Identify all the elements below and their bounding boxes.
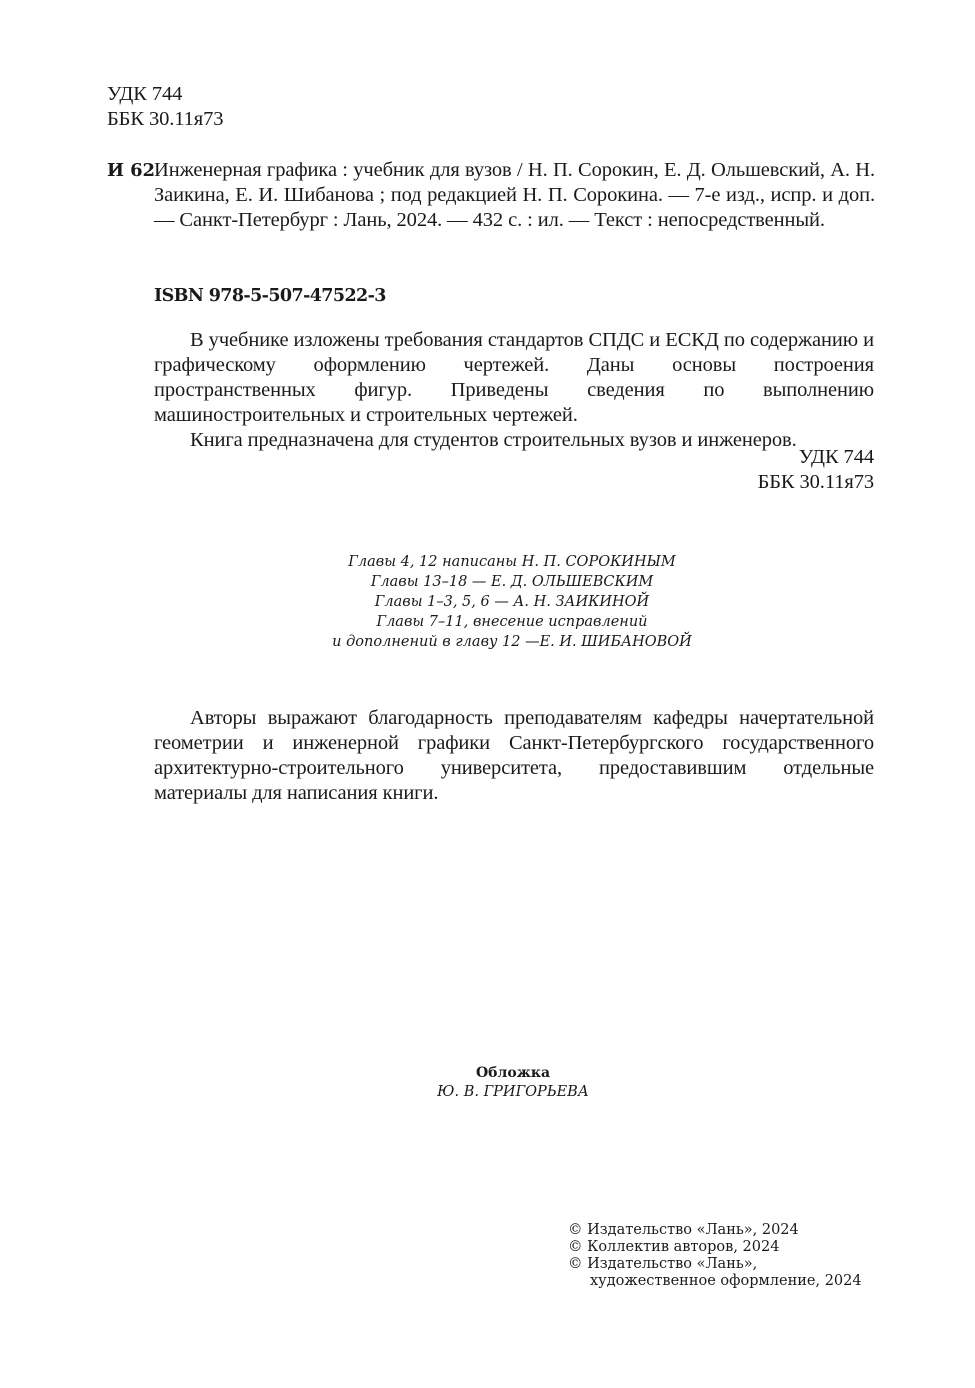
udk-code: УДК 744	[758, 445, 874, 470]
chapter-author-line: Главы 4, 12 написаны Н. П. СОРОКИНЫМ	[0, 552, 975, 572]
cover-credit: Обложка Ю. В. ГРИГОРЬЕВА	[0, 1064, 975, 1102]
chapter-author-line: Главы 1–3, 5, 6 — А. Н. ЗАИКИНОЙ	[0, 592, 975, 612]
bibliographic-description: Инженерная графика : учебник для вузов /…	[154, 158, 875, 233]
acknowledgement-text: Авторы выражают благодарность преподават…	[154, 706, 874, 806]
acknowledgement: Авторы выражают благодарность преподават…	[154, 706, 874, 806]
udk-code: УДК 744	[107, 82, 223, 107]
chapter-author-line: Главы 7–11, внесение исправлений	[0, 612, 975, 632]
isbn: ISBN 978-5-507-47522-3	[154, 284, 386, 309]
copyright-line: © Коллектив авторов, 2024	[568, 1239, 862, 1256]
classification-top: УДК 744 ББК 30.11я73	[107, 82, 223, 132]
copyright-block: © Издательство «Лань», 2024 © Коллектив …	[568, 1222, 862, 1290]
annotation-paragraph: В учебнике изложены требования стандарто…	[154, 328, 874, 428]
imprint-page: УДК 744 ББК 30.11я73 И 62 Инженерная гра…	[0, 0, 975, 1388]
bbk-code: ББК 30.11я73	[107, 107, 223, 132]
author-sign: И 62	[107, 158, 155, 183]
cover-credit-label: Обложка	[0, 1064, 975, 1083]
chapter-author-line: и дополнений в главу 12 —Е. И. ШИБАНОВОЙ	[0, 632, 975, 652]
copyright-line: © Издательство «Лань»,	[568, 1256, 862, 1273]
bbk-code: ББК 30.11я73	[758, 470, 874, 495]
copyright-line: художественное оформление, 2024	[568, 1273, 862, 1290]
classification-bottom: УДК 744 ББК 30.11я73	[758, 445, 874, 495]
cover-credit-name: Ю. В. ГРИГОРЬЕВА	[0, 1083, 975, 1102]
annotation: В учебнике изложены требования стандарто…	[154, 328, 874, 453]
copyright-line: © Издательство «Лань», 2024	[568, 1222, 862, 1239]
chapter-author-line: Главы 13–18 — Е. Д. ОЛЬШЕВСКИМ	[0, 572, 975, 592]
chapter-authors: Главы 4, 12 написаны Н. П. СОРОКИНЫМ Гла…	[0, 552, 975, 652]
